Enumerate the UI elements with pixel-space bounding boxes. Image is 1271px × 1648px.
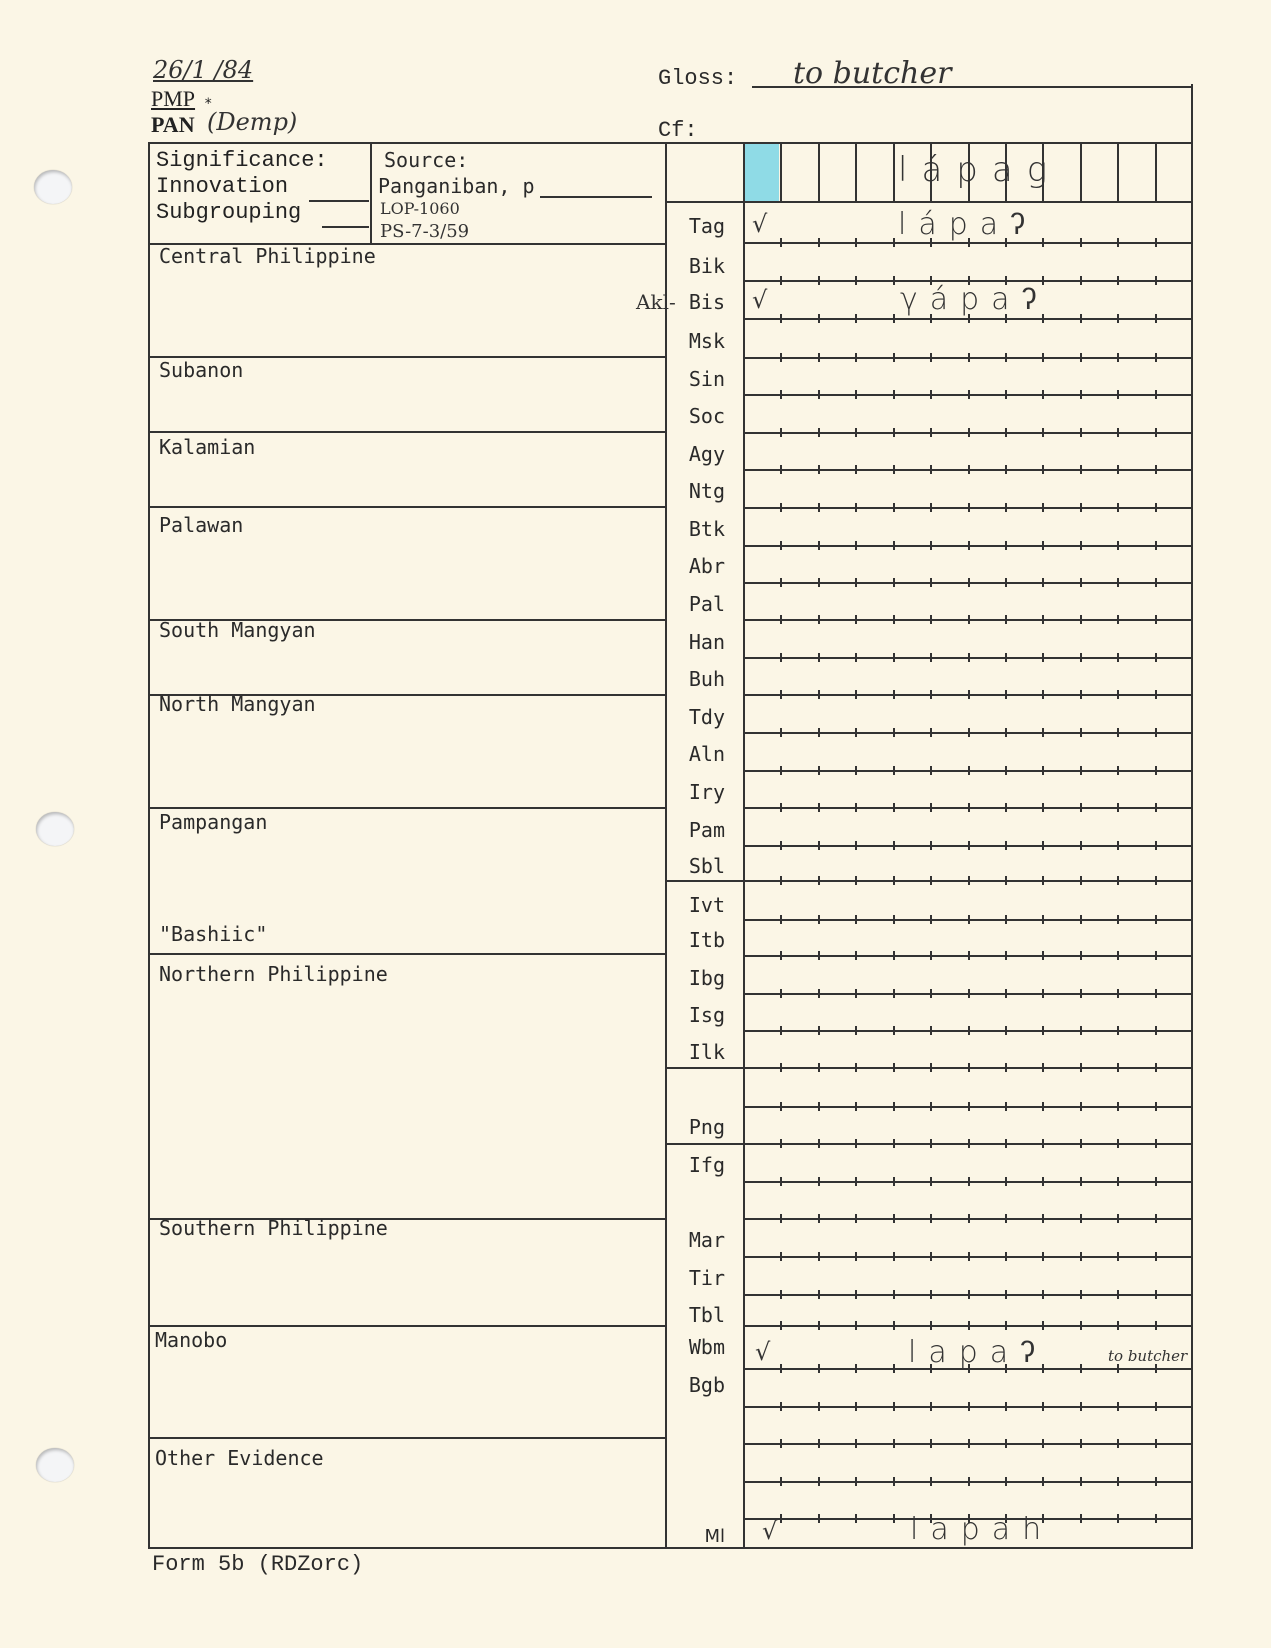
ruled-tick [1080, 766, 1082, 775]
ruled-tick [1117, 1477, 1119, 1486]
ruled-tick [780, 428, 782, 437]
ruled-tick [968, 1063, 970, 1072]
binder-hole [36, 812, 74, 846]
ruled-tick [855, 541, 857, 550]
code-tbl: Tbl [665, 1303, 725, 1327]
source-line-3: PS-7-3/59 [380, 221, 469, 242]
ruled-tick [1155, 690, 1157, 699]
header-cell-divider [893, 143, 895, 202]
ruled-tick [1155, 578, 1157, 587]
ruled-tick [1117, 503, 1119, 512]
ruled-tick [893, 841, 895, 850]
ruled-tick [1117, 1439, 1119, 1448]
ruled-tick [780, 1063, 782, 1072]
ruled-tick [968, 876, 970, 885]
ruled-tick [780, 615, 782, 624]
ruled-tick [930, 578, 932, 587]
code-pal: Pal [665, 592, 725, 616]
ruled-tick [1005, 1477, 1007, 1486]
source-title: Source: [384, 148, 468, 172]
code-mar: Mar [665, 1228, 725, 1252]
code-soc: Soc [665, 404, 725, 428]
ruled-tick [930, 766, 932, 775]
ruled-tick [930, 653, 932, 662]
ruled-tick [780, 1321, 782, 1330]
ruled-tick [1005, 766, 1007, 775]
ruled-tick [1042, 1102, 1044, 1111]
ruled-tick [1042, 615, 1044, 624]
ruled-tick [1042, 1439, 1044, 1448]
ruled-tick [855, 353, 857, 362]
ruled-tick [855, 578, 857, 587]
ruled-tick [1080, 1321, 1082, 1330]
ruled-tick [893, 915, 895, 924]
ruled-tick [1080, 1177, 1082, 1186]
ruled-tick [893, 690, 895, 699]
form-left-border [148, 142, 150, 1549]
ruled-tick [818, 1321, 820, 1330]
proto-label-pmp: PMP [151, 86, 195, 112]
ruled-tick [893, 1177, 895, 1186]
ruled-tick [1155, 314, 1157, 323]
ruled-tick [818, 1026, 820, 1035]
ruled-tick [1117, 841, 1119, 850]
ruled-tick [1117, 1102, 1119, 1111]
ruled-tick [930, 1063, 932, 1072]
ruled-tick [1080, 1477, 1082, 1486]
ruled-tick [1005, 1439, 1007, 1448]
ruled-tick [893, 276, 895, 285]
ruled-tick [1005, 1290, 1007, 1299]
ruled-tick [780, 1102, 782, 1111]
ruled-tick [1080, 653, 1082, 662]
source-line-2: LOP-1060 [380, 199, 460, 218]
ruled-tick [1117, 428, 1119, 437]
ruled-tick [930, 1102, 932, 1111]
code-ibg: Ibg [665, 966, 725, 990]
ruled-tick [818, 1364, 820, 1373]
section-divider [148, 506, 667, 508]
code-itb: Itb [665, 928, 725, 952]
ruled-tick [893, 1214, 895, 1223]
ruled-tick [1042, 728, 1044, 737]
ruled-tick [1080, 1364, 1082, 1373]
ruled-tick [855, 1026, 857, 1035]
ruled-tick [1117, 1290, 1119, 1299]
ruled-tick [818, 841, 820, 850]
section-central-philippine: Central Philippine [159, 244, 376, 268]
ruled-tick [818, 1214, 820, 1223]
section-subanon: Subanon [159, 358, 243, 382]
ruled-tick [1117, 353, 1119, 362]
ruled-tick [1005, 428, 1007, 437]
ruled-tick [893, 428, 895, 437]
ruled-tick [855, 1321, 857, 1330]
ruled-tick [1117, 1402, 1119, 1411]
ruled-tick [1042, 1252, 1044, 1261]
ruled-tick [818, 465, 820, 474]
ruled-tick [930, 1026, 932, 1035]
ruled-tick [968, 390, 970, 399]
ruled-tick [1117, 653, 1119, 662]
ruled-tick [818, 1063, 820, 1072]
ruled-tick [1005, 578, 1007, 587]
code-tir: Tir [665, 1266, 725, 1290]
ruled-tick [780, 1139, 782, 1148]
ruled-tick [1155, 1102, 1157, 1111]
section-south-mangyan: South Mangyan [159, 618, 316, 642]
ruled-tick [780, 353, 782, 362]
ruled-tick [1042, 428, 1044, 437]
ruled-tick [855, 915, 857, 924]
code-ntg: Ntg [665, 479, 725, 503]
ruled-tick [1005, 728, 1007, 737]
akl-bis-form: γápaʔ [900, 282, 1049, 317]
ruled-tick [893, 653, 895, 662]
gloss-underline [752, 86, 1192, 88]
code-sin: Sin [665, 367, 725, 391]
ruled-tick [780, 1477, 782, 1486]
ruled-tick [930, 1402, 932, 1411]
ruled-tick [1117, 541, 1119, 550]
ruled-tick [780, 1439, 782, 1448]
ruled-tick [855, 653, 857, 662]
code-btk: Btk [665, 517, 725, 541]
cf-label: Cf: [658, 118, 698, 143]
ruled-tick [893, 1026, 895, 1035]
ruled-tick [930, 1252, 932, 1261]
ruled-tick [855, 1402, 857, 1411]
ruled-tick [968, 1439, 970, 1448]
ruled-tick [893, 1102, 895, 1111]
ruled-tick [818, 653, 820, 662]
ruled-tick [1005, 390, 1007, 399]
ruled-tick [893, 238, 895, 247]
ruled-tick [893, 465, 895, 474]
ruled-tick [893, 578, 895, 587]
code-png: Png [665, 1115, 725, 1139]
section-divider [148, 431, 667, 433]
ruled-tick [968, 989, 970, 998]
ruled-tick [780, 803, 782, 812]
section-divider [148, 953, 667, 955]
form-footer: Form 5b (RDZorc) [152, 1552, 363, 1577]
section-divider [148, 807, 667, 809]
ruled-tick [780, 541, 782, 550]
code-ifg: Ifg [665, 1153, 725, 1177]
ruled-tick [1042, 653, 1044, 662]
ruled-tick [1117, 803, 1119, 812]
wbm-gloss-note: to butcher [1108, 1347, 1187, 1365]
ruled-tick [893, 353, 895, 362]
ruled-tick [1117, 690, 1119, 699]
ruled-tick [930, 1177, 932, 1186]
ruled-tick [855, 766, 857, 775]
ruled-tick [1042, 1063, 1044, 1072]
ruled-tick [893, 503, 895, 512]
ruled-tick [1005, 353, 1007, 362]
ruled-tick [1080, 1290, 1082, 1299]
code-pam: Pam [665, 818, 725, 842]
ruled-tick [818, 1177, 820, 1186]
ruled-tick [818, 1514, 820, 1523]
ruled-tick [1080, 390, 1082, 399]
ruled-tick [968, 915, 970, 924]
ruled-tick [1117, 1321, 1119, 1330]
header-cell-divider [1117, 143, 1119, 202]
ruled-tick [1117, 876, 1119, 885]
ruled-tick [930, 615, 932, 624]
ruled-tick [780, 690, 782, 699]
ruled-tick [780, 1402, 782, 1411]
ruled-tick [780, 1290, 782, 1299]
ruled-tick [1005, 876, 1007, 885]
ruled-tick [1042, 1290, 1044, 1299]
ruled-tick [780, 1214, 782, 1223]
ruled-tick [780, 465, 782, 474]
ruled-tick [930, 1290, 932, 1299]
ruled-tick [1005, 653, 1007, 662]
ml-form: lapah [910, 1512, 1053, 1547]
section-divider [148, 1325, 667, 1327]
ruled-tick [780, 876, 782, 885]
ruled-tick [818, 390, 820, 399]
header-cell-divider [855, 143, 857, 202]
ruled-tick [893, 314, 895, 323]
ruled-tick [855, 465, 857, 474]
code-ml: Ml [665, 1526, 725, 1547]
ruled-tick [1117, 1364, 1119, 1373]
ruled-tick [930, 1439, 932, 1448]
tag-form: lápaʔ [898, 207, 1037, 242]
ruled-tick [818, 1290, 820, 1299]
ruled-tick [780, 766, 782, 775]
ruled-tick [893, 615, 895, 624]
ruled-tick [1080, 503, 1082, 512]
ruled-tick [1080, 1026, 1082, 1035]
ruled-tick [893, 728, 895, 737]
ruled-tick [818, 578, 820, 587]
header-cell-divider [1080, 143, 1082, 202]
section-north-mangyan: North Mangyan [159, 692, 316, 716]
ruled-tick [855, 690, 857, 699]
ruled-tick [1155, 915, 1157, 924]
ruled-tick [855, 503, 857, 512]
ruled-tick [968, 1214, 970, 1223]
ruled-tick [893, 1063, 895, 1072]
ruled-tick [818, 503, 820, 512]
section-palawan: Palawan [159, 513, 243, 537]
ruled-tick [930, 876, 932, 885]
ruled-tick [1117, 1139, 1119, 1148]
ruled-tick [818, 353, 820, 362]
ruled-tick [818, 1402, 820, 1411]
ruled-tick [855, 951, 857, 960]
ruled-tick [855, 276, 857, 285]
ruled-tick [818, 1139, 820, 1148]
ruled-tick [1080, 1102, 1082, 1111]
ruled-tick [1117, 1063, 1119, 1072]
ruled-tick [1042, 989, 1044, 998]
code-buh: Buh [665, 667, 725, 691]
ruled-tick [1080, 1514, 1082, 1523]
ruled-tick [1155, 615, 1157, 624]
ruled-tick [893, 1364, 895, 1373]
ruled-tick [930, 1477, 932, 1486]
ruled-tick [1005, 951, 1007, 960]
ruled-tick [1080, 1139, 1082, 1148]
ruled-tick [1155, 841, 1157, 850]
ruled-tick [855, 803, 857, 812]
ruled-tick [1080, 989, 1082, 998]
ruled-tick [818, 314, 820, 323]
ruled-tick [818, 1477, 820, 1486]
ruled-tick [1042, 690, 1044, 699]
ruled-tick [893, 1439, 895, 1448]
subsection-divider [665, 1067, 745, 1069]
ruled-tick [1005, 989, 1007, 998]
innovation-blank [309, 200, 369, 202]
ruled-tick [1080, 238, 1082, 247]
ruled-tick [930, 390, 932, 399]
ruled-tick [818, 766, 820, 775]
ruled-tick [1117, 915, 1119, 924]
ruled-tick [1117, 1177, 1119, 1186]
ruled-tick [1042, 390, 1044, 399]
ruled-tick [968, 1252, 970, 1261]
ruled-tick [1005, 1102, 1007, 1111]
code-ivt: Ivt [665, 893, 725, 917]
ruled-tick [930, 1321, 932, 1330]
ruled-tick [1042, 803, 1044, 812]
code-abr: Abr [665, 554, 725, 578]
ruled-tick [1155, 653, 1157, 662]
ruled-tick [968, 1177, 970, 1186]
ruled-tick [930, 1139, 932, 1148]
ruled-tick [968, 803, 970, 812]
ruled-tick [968, 951, 970, 960]
gloss-label: Gloss: [658, 66, 737, 91]
ruled-tick [1155, 1514, 1157, 1523]
ruled-tick [893, 1252, 895, 1261]
ruled-tick [1005, 1177, 1007, 1186]
ruled-tick [968, 1402, 970, 1411]
ruled-tick [893, 1477, 895, 1486]
wbm-form: lapaʔ [908, 1335, 1047, 1370]
ruled-tick [1155, 989, 1157, 998]
ruled-tick [855, 876, 857, 885]
ruled-tick [930, 690, 932, 699]
ruled-tick [1117, 1252, 1119, 1261]
ruled-tick [1042, 841, 1044, 850]
ruled-tick [968, 1102, 970, 1111]
ruled-tick [930, 541, 932, 550]
wbm-check: √ [755, 1338, 770, 1366]
ruled-tick [1155, 1321, 1157, 1330]
header-cell-divider [780, 143, 782, 202]
section-bashiic: "Bashiic" [159, 922, 267, 946]
code-tdy: Tdy [665, 705, 725, 729]
ruled-tick [1117, 1514, 1119, 1523]
ruled-tick [1080, 876, 1082, 885]
ruled-tick [930, 503, 932, 512]
source-line-1: Panganiban, p [378, 174, 535, 198]
ruled-tick [1155, 390, 1157, 399]
ruled-tick [930, 728, 932, 737]
ruled-tick [1005, 1252, 1007, 1261]
header-row-bottom [665, 201, 1192, 203]
ruled-tick [1005, 465, 1007, 474]
ruled-tick [855, 1290, 857, 1299]
ruled-tick [1005, 915, 1007, 924]
ml-check: √ [762, 1517, 777, 1545]
subsection-divider [665, 880, 745, 882]
ruled-tick [968, 1321, 970, 1330]
ruled-tick [780, 653, 782, 662]
section-southern-philippine: Southern Philippine [159, 1216, 388, 1240]
ruled-tick [1155, 276, 1157, 285]
ruled-tick [1042, 1477, 1044, 1486]
ruled-tick [1155, 1177, 1157, 1186]
ruled-tick [1005, 841, 1007, 850]
ruled-tick [1042, 876, 1044, 885]
ruled-tick [968, 728, 970, 737]
code-msk: Msk [665, 329, 725, 353]
ruled-tick [1080, 690, 1082, 699]
ruled-tick [855, 1364, 857, 1373]
ruled-tick [780, 1514, 782, 1523]
ruled-tick [855, 390, 857, 399]
code-isg: Isg [665, 1003, 725, 1027]
significance-block: Significance: Innovation Subgrouping [156, 148, 328, 226]
section-kalamian: Kalamian [159, 435, 255, 459]
ruled-tick [1005, 1214, 1007, 1223]
ruled-tick [1117, 238, 1119, 247]
code-sbl: Sbl [665, 854, 725, 878]
ruled-tick [1042, 238, 1044, 247]
ruled-tick [1005, 1063, 1007, 1072]
ruled-tick [855, 1139, 857, 1148]
ruled-tick [1042, 465, 1044, 474]
ruled-tick [1117, 465, 1119, 474]
ruled-tick [818, 803, 820, 812]
ruled-tick [855, 238, 857, 247]
sig-source-divider [370, 142, 372, 244]
highlight-cell [745, 144, 779, 202]
ruled-tick [1155, 465, 1157, 474]
code-tag: Tag [665, 214, 725, 238]
ruled-tick [1005, 1321, 1007, 1330]
ruled-tick [893, 1139, 895, 1148]
section-manobo: Manobo [155, 1328, 227, 1352]
ruled-tick [930, 951, 932, 960]
ruled-tick [1080, 841, 1082, 850]
ruled-tick [1155, 803, 1157, 812]
ruled-tick [780, 989, 782, 998]
ruled-tick [968, 428, 970, 437]
ruled-tick [1042, 503, 1044, 512]
ruled-tick [1117, 1214, 1119, 1223]
header-row-top [148, 142, 1192, 144]
ruled-tick [968, 503, 970, 512]
ruled-tick [1042, 1402, 1044, 1411]
ruled-tick [780, 1364, 782, 1373]
ruled-tick [1080, 803, 1082, 812]
ruled-tick [855, 428, 857, 437]
ruled-tick [1005, 803, 1007, 812]
ruled-tick [930, 1214, 932, 1223]
ruled-tick [968, 353, 970, 362]
